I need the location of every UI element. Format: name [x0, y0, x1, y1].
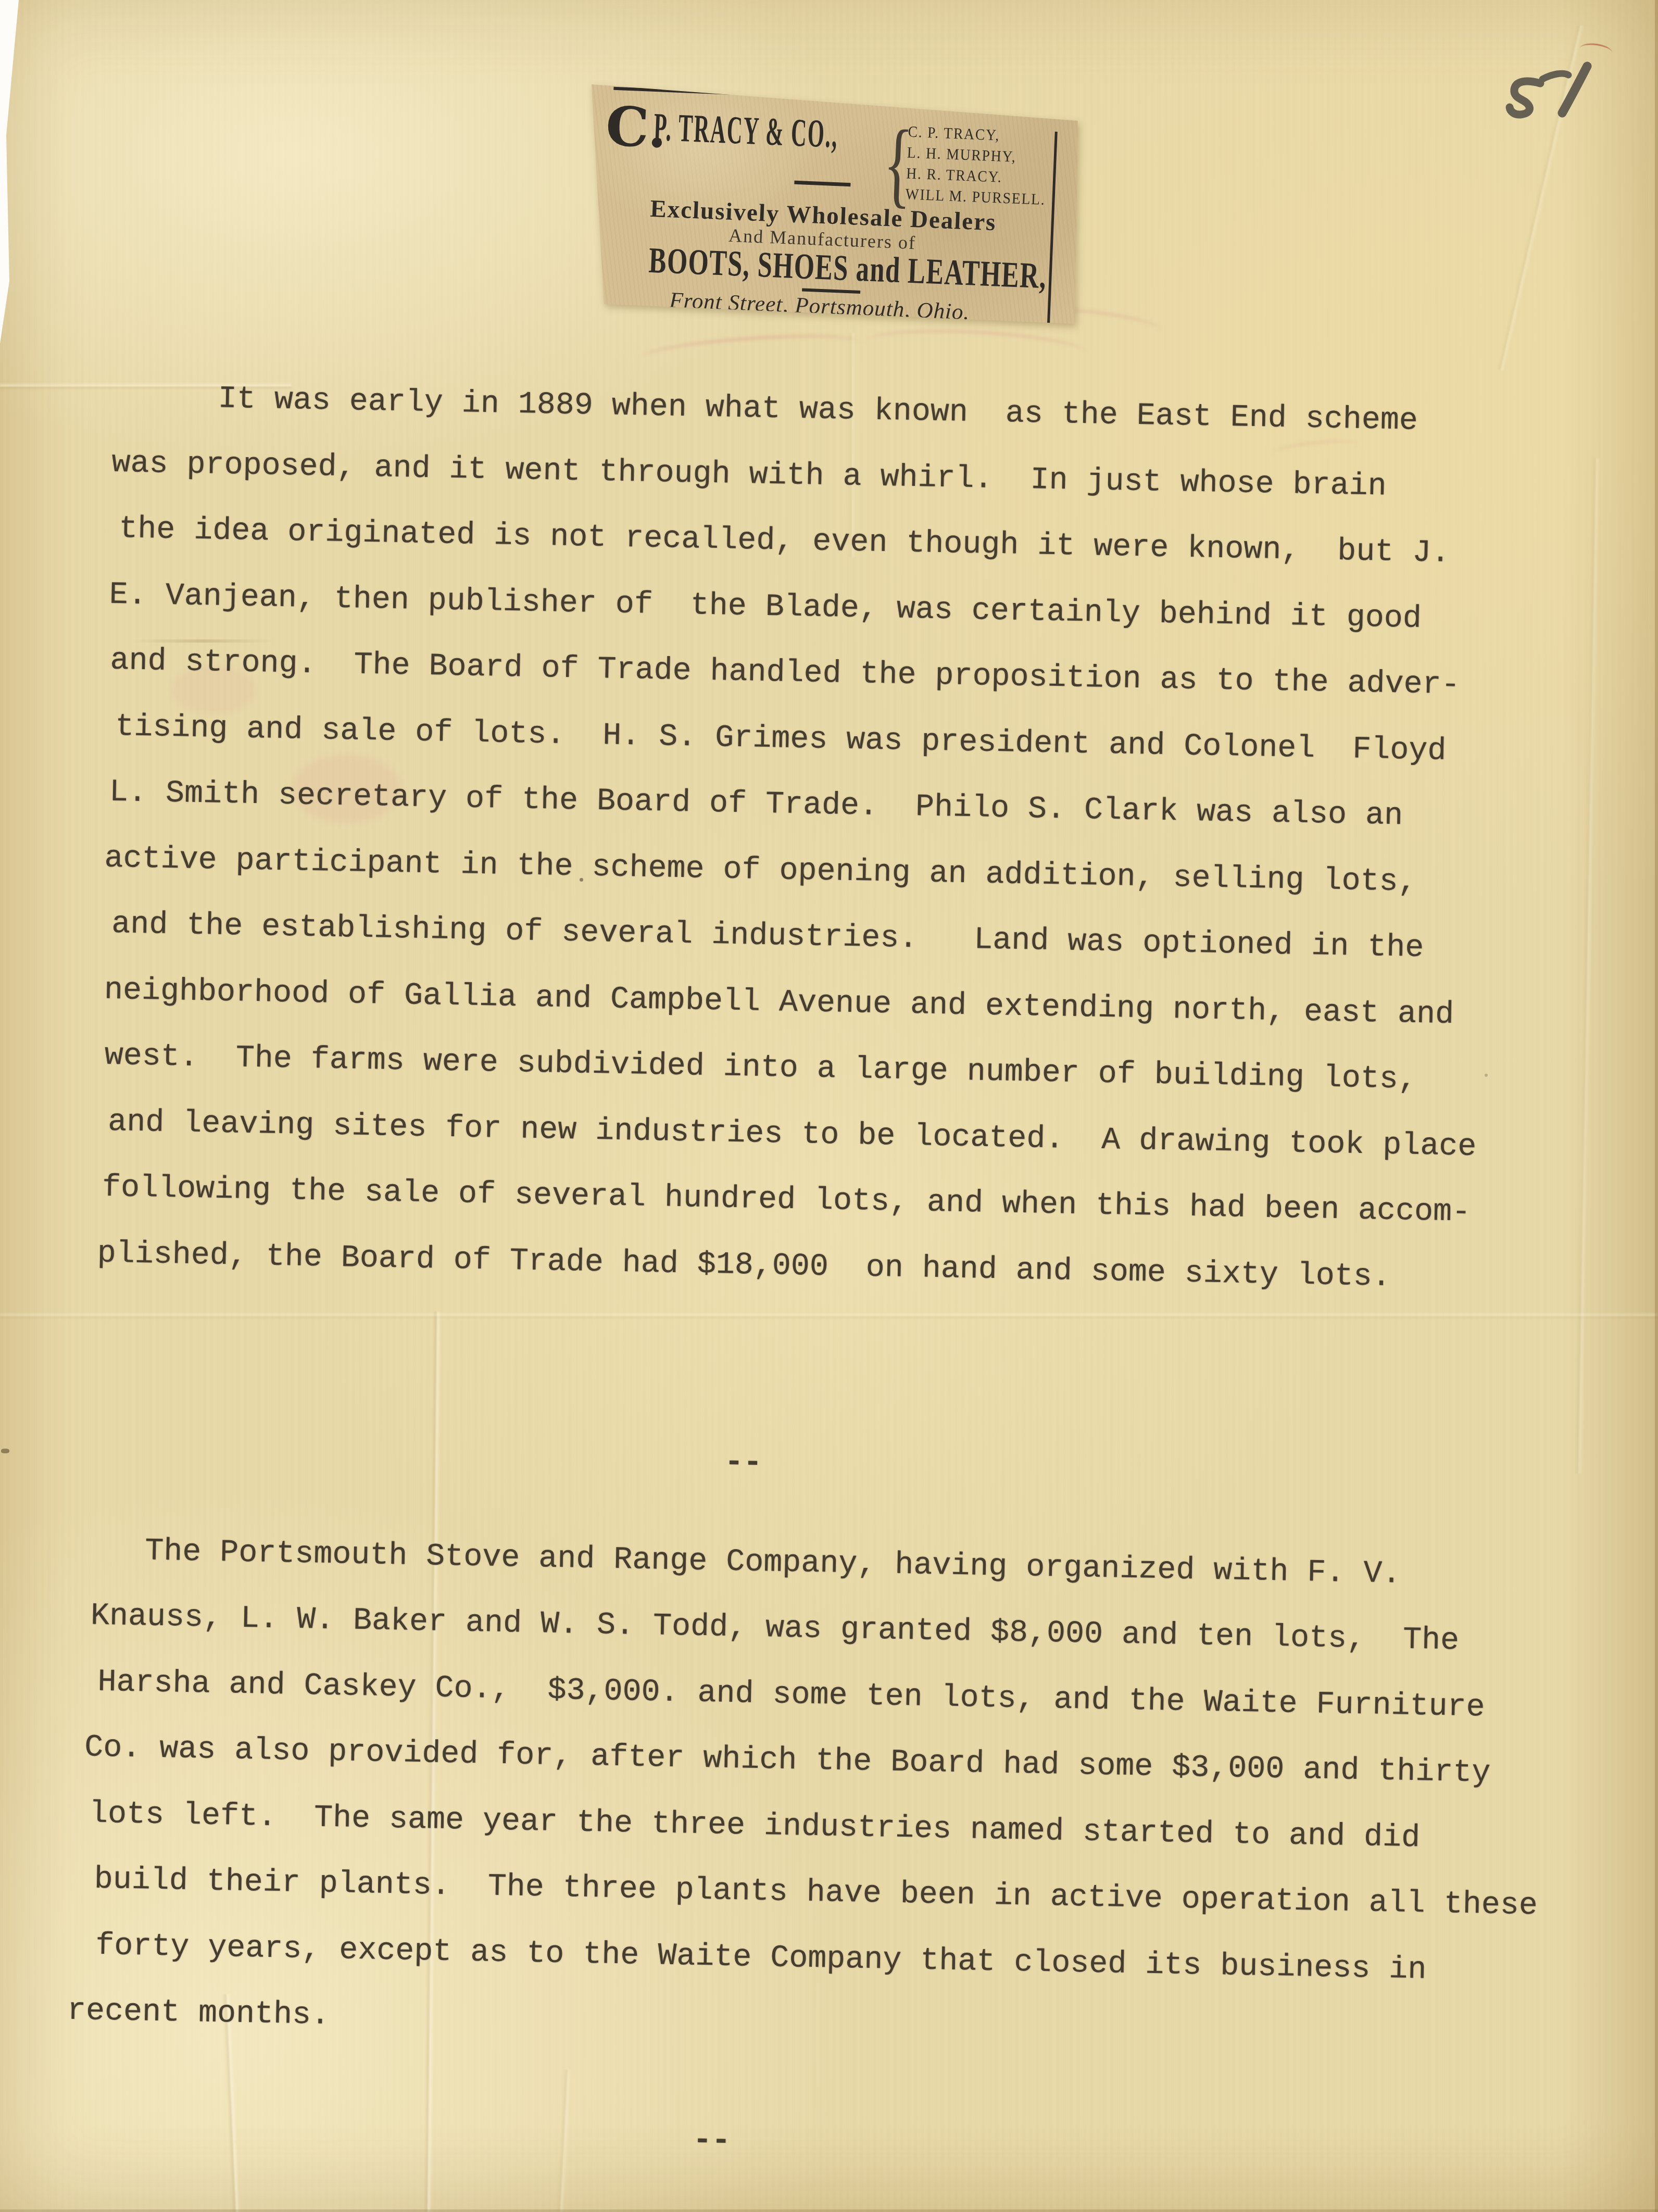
page-right-edge — [1655, 0, 1658, 2212]
section-divider: -- — [97, 1418, 1639, 1513]
paragraph-east-end-scheme: It was early in 1889 when what was known… — [101, 365, 1658, 1315]
scanned-paper-sheet: C. P. TRACY & CO., { C. P. TRACY, L. H. … — [0, 0, 1658, 2212]
clipping-paper: C. P. TRACY & CO., { C. P. TRACY, L. H. … — [588, 78, 1083, 328]
letterhead-divider-rule — [802, 288, 860, 294]
letterhead-company-name: P. TRACY & CO., — [653, 107, 839, 154]
edge-speck — [1, 1449, 9, 1453]
paragraph-stove-and-range: The Portsmouth Stove and Range Company, … — [86, 1517, 1637, 2072]
partners-list: C. P. TRACY, L. H. MURPHY, H. R. TRACY. … — [905, 121, 1048, 210]
page-bottom-edge — [0, 2209, 1658, 2212]
crayon-smudge — [864, 325, 1089, 370]
scan-background-sliver — [0, 0, 31, 365]
section-divider: -- — [84, 2096, 1627, 2191]
handwritten-page-number — [1500, 52, 1614, 146]
letterhead-divider-rule — [794, 181, 850, 186]
typewritten-text: It was early in 1889 when what was known… — [84, 365, 1658, 2191]
letterhead-clipping: C. P. TRACY & CO., { C. P. TRACY, L. H. … — [588, 78, 1083, 328]
crayon-smudge — [640, 330, 860, 370]
